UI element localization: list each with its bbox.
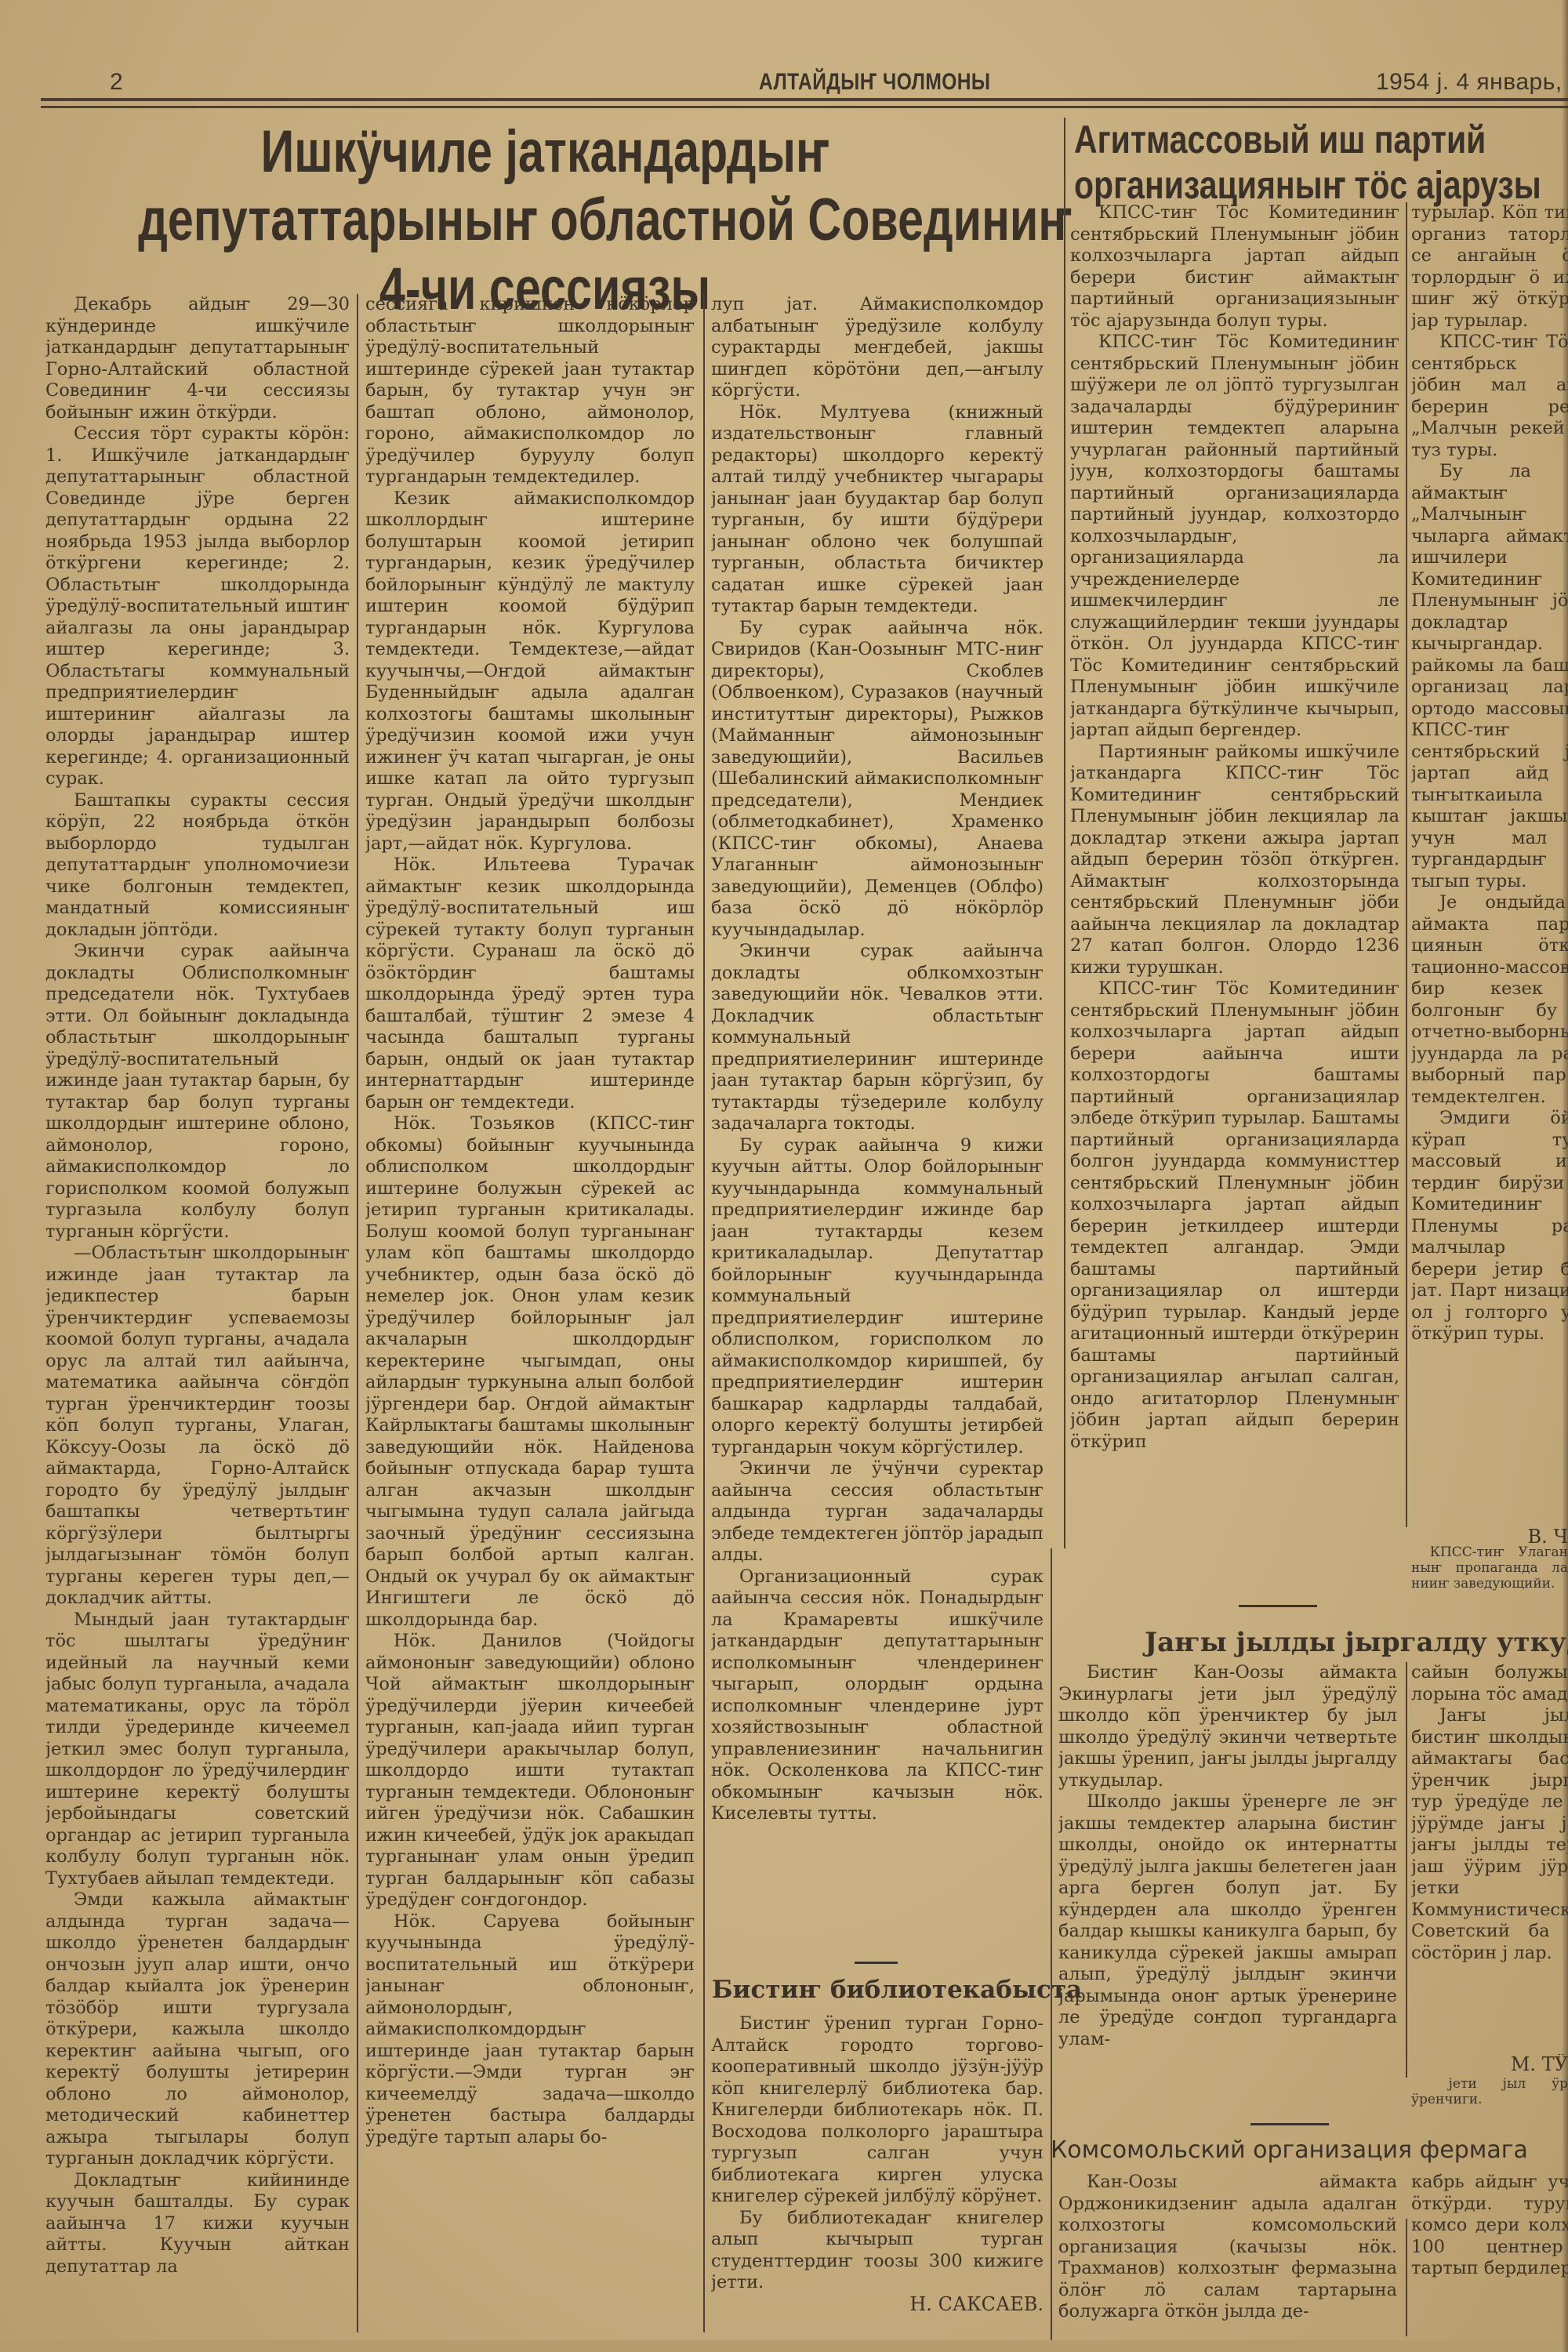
headline-line: Агитмассовый иш партий [1074,118,1563,163]
new-year-article-title: Јаҥы јылды јыргалду уткудыбы [1145,1627,1568,1658]
column-divider [1406,1662,1407,2078]
paragraph: Јаҥы јылдыҥ бистиҥ школдыҥ ри, аймактагы… [1411,1705,1568,1964]
new-year-article-column-1: Бистиҥ Кан-Оозы аймакта Экинурлагы јети … [1058,1662,1397,2070]
masthead: 2 АЛТАЙДЫҤ ЧОЛМОНЫ 1954 ј. 4 январь, [0,69,1568,100]
column-divider [703,294,705,2332]
agitation-article-column-1: КПСС-тиҥ Тӧс Комитединиҥ сентябрьский Пл… [1070,202,1399,1535]
paragraph: —Областьтыҥ школдорыныҥ ижинде јаан тута… [45,1243,350,1610]
paragraph: Је ондыйда бо аймакта партийн циянын ӧтк… [1411,892,1568,1108]
komsomol-article-column-1: Кан-Оозы аймакта Орджоникидзениҥ адыла а… [1058,2172,1397,2340]
paragraph: Нӧк. Мултуева (книжный издательствоныҥ г… [711,402,1044,618]
paragraph: Декабрь айдыҥ 29—30 кӱндеринде ишкӱчиле … [45,294,350,423]
paragraph: Эмди кажыла аймактыҥ алдында турган зада… [45,1889,350,2170]
paragraph: кабрь айдыҥ уч ник ӧткӱрди. турушкан ком… [1411,2172,1568,2280]
paragraph: Кезик аймакисполкомдор школлордыҥ иштери… [365,488,695,855]
paragraph: Бу сурак аайынча нӧк. Свиридов (Кан-Оозы… [711,618,1044,942]
author-signature: М. ТӰ [1411,2054,1568,2076]
paragraph: сайын болужып т лорына тӧс амад лар. [1411,1662,1568,1705]
page-number: 2 [110,69,123,96]
paragraph: Бу ла јуук аймактыҥ алт „Малчыныҥ кӱн чы… [1411,461,1568,892]
paragraph: Бистиҥ Кан-Оозы аймакта Экинурлагы јети … [1058,1662,1397,1791]
page-bottom-edge [0,2340,1568,2352]
paragraph: Бу сурак аайынча 9 кижи куучын айтты. Ол… [711,1135,1044,1459]
headline-line: депутаттарыныҥ областной Совединиҥ [138,186,951,254]
column-divider [1406,2219,1407,2336]
paragraph: турылар. Кӧп тийный организ таторлорло с… [1411,202,1568,332]
komsomol-article-title: Комсомольский организация фермага [1051,2136,1528,2164]
komsomol-article-column-2: кабрь айдыҥ уч ник ӧткӱрди. турушкан ком… [1411,2172,1568,2340]
paragraph: КПСС-тиҥ Тӧ ниҥ сентябрьск ныҥ јӧбин мал… [1411,332,1568,461]
paragraph: Нӧк. Саруева бойыныҥ куучынында ӱредӱлӱ-… [365,1911,695,2149]
library-article-body: Бистиҥ ӱренип турган Горно-Алтайск город… [711,2013,1044,2343]
paragraph: Экинчи сурак аайынча докладты облкомхозт… [711,941,1044,1135]
main-article-headline: Ишкӱчиле јаткандардыҥ депутаттарыныҥ обл… [138,118,951,323]
separator [855,1962,898,1964]
paragraph: Сессия тӧрт суракты кӧрӧн: 1. Ишкӱчиле ј… [45,423,350,790]
paragraph: Докладтыҥ кийининде куучын башталды. Бу … [45,2170,350,2278]
column-divider [1064,118,1065,1548]
author-caption: КПСС-тиҥ Улаган ныҥ пропаганда ла нииҥ з… [1411,1544,1568,1592]
paragraph: луп јат. Аймакисполкомдор албатыныҥ ӱред… [711,294,1044,402]
paragraph: Кан-Оозы аймакта Орджоникидзениҥ адыла а… [1058,2172,1397,2323]
page-right-edge [1562,0,1568,2352]
author-signature: У. [1411,2280,1568,2302]
main-article-column-1: Декабрь айдыҥ 29—30 кӱндеринде ишкӱчиле … [45,294,350,2344]
masthead-rule-thin [41,107,1568,108]
paragraph: Школдо јакшы ӱренерге ле эҥ јакшы темдек… [1058,1791,1397,2050]
main-article-column-3: луп јат. Аймакисполкомдор албатыныҥ ӱред… [711,294,1044,1952]
paragraph: КПСС-тиҥ Тӧс Комитединиҥ сентябрьский Пл… [1070,332,1399,742]
paragraph: Эмдиги ӧйдӧги кӱрап турган массовый иште… [1411,1108,1568,1345]
column-divider [357,294,358,2332]
author-signature: Н. САКСАЕВ. [711,2294,1044,2316]
paragraph: Мындый јаан тутактардыҥ тӧс шылтагы ӱред… [45,1610,350,1890]
new-year-article-column-2: сайын болужып т лорына тӧс амад лар.Јаҥы… [1411,1662,1568,2070]
headline-line: Ишкӱчиле јаткандардыҥ [138,118,951,186]
paragraph: Бистиҥ ӱренип турган Горно-Алтайск город… [711,2013,1044,2208]
column-divider [1406,202,1407,1527]
agitation-article-headline: Агитмассовый иш партий организацияныҥ тӧ… [1074,118,1563,208]
paragraph: Нӧк. Данилов (Чойдогы аймононыҥ заведующ… [365,1631,695,1911]
issue-date: 1954 ј. 4 январь, [1376,69,1563,96]
paragraph: Экинчи ле ӱчӱнчи суректар аайынча сессия… [711,1458,1044,1566]
headline-line: организацияныҥ тӧс ајарузы [1074,163,1563,209]
paragraph: Нӧк. Тозьяков (КПСС-тиҥ обкомы) бойыныҥ … [365,1113,695,1631]
new-year-signature-block: М. ТӰ јети јыл ӱр ӱренчиги. [1411,2054,1568,2117]
paragraph: Экинчи сурак аайынча докладты Облисполко… [45,941,350,1243]
agitation-article-column-2: турылар. Кӧп тийный организ таторлорло с… [1411,202,1568,1527]
paragraph: Нӧк. Ильтеева Турачак аймактыҥ кезик шко… [365,855,695,1113]
agitation-article-signature-block: В. Ч КПСС-тиҥ Улаган ныҥ пропаганда ла н… [1411,1529,1568,1599]
main-article-column-2: сессияга киришкен нӧкӧрлӧр областьтыҥ шк… [365,294,695,2344]
newspaper-title: АЛТАЙДЫҤ ЧОЛМОНЫ [759,69,990,96]
author-signature: В. Ч [1411,1529,1568,1544]
paragraph: Партияныҥ райкомы ишкӱчиле јаткандарга К… [1070,742,1399,979]
separator [1250,2123,1329,2125]
masthead-rule [41,98,1568,107]
paragraph: Организационный сурак аайынча сессия нӧк… [711,1566,1044,1825]
author-caption: јети јыл ӱр ӱренчиги. [1411,2076,1568,2107]
paragraph: сессияга киришкен нӧкӧрлӧр областьтыҥ шк… [365,294,695,488]
paragraph: Баштапкы суракты сессия кӧрӱп, 22 ноябрь… [45,790,350,942]
column-divider [1051,1548,1052,2340]
paragraph: КПСС-тиҥ Тӧс Комитединиҥ сентябрьский Пл… [1070,202,1399,332]
separator [1239,1605,1317,1607]
paragraph: Бу библиотекадаҥ книгелер алып кычырып т… [711,2208,1044,2294]
paragraph: КПСС-тиҥ Тӧс Комитединиҥ сентябрьский Пл… [1070,978,1399,1453]
library-article-title: Бистиҥ библиотекабыста [712,1976,1082,2004]
